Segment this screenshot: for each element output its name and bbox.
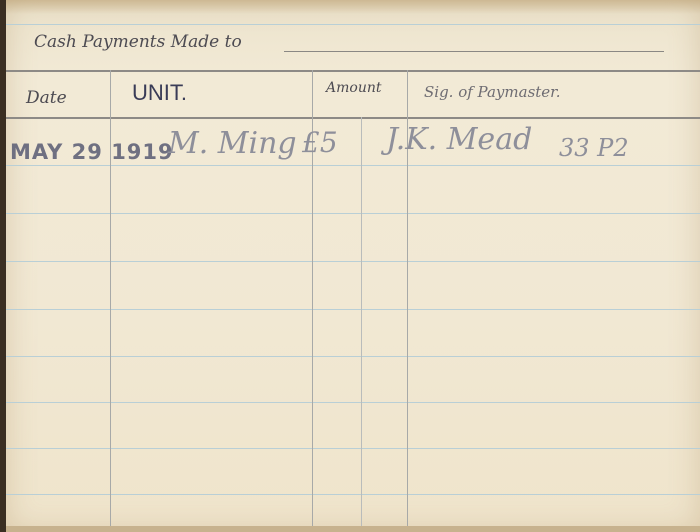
card-title: Cash Payments Made to [34,32,242,52]
ledger-card: Cash Payments Made to Date UNIT. Amount … [6,0,700,532]
col-header-sig: Sig. of Paymaster. [424,83,560,101]
entry-signature: J.K. Mead [386,122,532,157]
entry-amount: £5 [302,126,338,159]
col-divider-date [110,70,111,526]
card-bottom-edge [6,526,700,532]
entry-date-stamp: MAY 29 1919 [10,140,174,164]
col-header-unit: UNIT. [132,80,187,106]
entry-note: 33 P2 [559,134,629,162]
col-header-date: Date [26,88,67,108]
payee-line [284,51,664,52]
col-divider-amount-sub [361,117,362,526]
entry-unit: M. Ming [168,126,297,161]
top-rule [6,24,700,25]
col-header-amount: Amount [326,80,381,96]
